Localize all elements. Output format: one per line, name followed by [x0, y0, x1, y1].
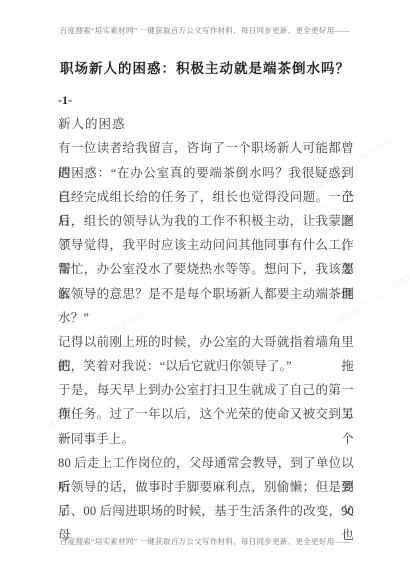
body-line: 作任务。过了一年以后，这个光荣的使命又被交到另一个 [58, 402, 354, 426]
body-line: 解领导的意思？是不是每个职场新人都要主动端茶倒 [58, 282, 354, 306]
section-heading: 新人的困惑 [58, 112, 354, 136]
body-line: 有一位读者给我留言，咨询了一个职场新人可能都曾遇到 [58, 136, 354, 160]
body-line: 80 后走上工作岗位的，父母通常会教导，到了单位以后要 [58, 451, 354, 475]
body-line: 于是，每天早上到办公室打扫卫生就成了自己的第一项工 [58, 378, 354, 402]
body-line: 帮忙，办公室没水了要烧热水等等。想问下，我该怎么理 [58, 257, 354, 281]
body-line: 听领导的话，做事时手脚要麻利点，别偷懒；但是到了 90 [58, 475, 354, 499]
section-marker: -1- [58, 88, 354, 112]
footer-tagline: 百度搜索“培实素材网” 一键获取百万公文写作材料、每日同步更新、更全更好用—— [0, 536, 410, 547]
body-line: 领导觉得，我平时应该主动问问其他同事有什么工作需要 [58, 233, 354, 257]
body-line: 已经完成组长给的任务了，组长也觉得没问题。一个月之 [58, 185, 354, 209]
document-title: 职场新人的困惑：积极主动就是端茶倒水吗？ [0, 57, 410, 77]
document-body: -1- 新人的困惑 有一位读者给我留言，咨询了一个职场新人可能都曾遇到 的困惑：… [58, 88, 354, 523]
body-line: 记得以前刚上班的时候，办公室的大哥就指着墙角里的拖 [58, 330, 354, 354]
body-line: 水？” [58, 306, 354, 330]
header-tagline: 百度搜索“培实素材网” 一键获取百万公文写作材料、每日同步更新、更全更好用—— [0, 25, 410, 36]
body-line: 的困惑：“在办公室真的要端茶倒水吗？我很疑惑，自己 [58, 161, 354, 185]
document-page: 百度搜索“培实素材网” 一键获取百万公文写作材料、每日同步更新、更全更好用—— … [0, 0, 410, 580]
body-line: 后、00 后闯进职场的时候，基于生活条件的改变，父母也 [58, 499, 354, 523]
body-line: 后，组长的领导认为我的工作不积极主动，让我蒙圈了。 [58, 209, 354, 233]
